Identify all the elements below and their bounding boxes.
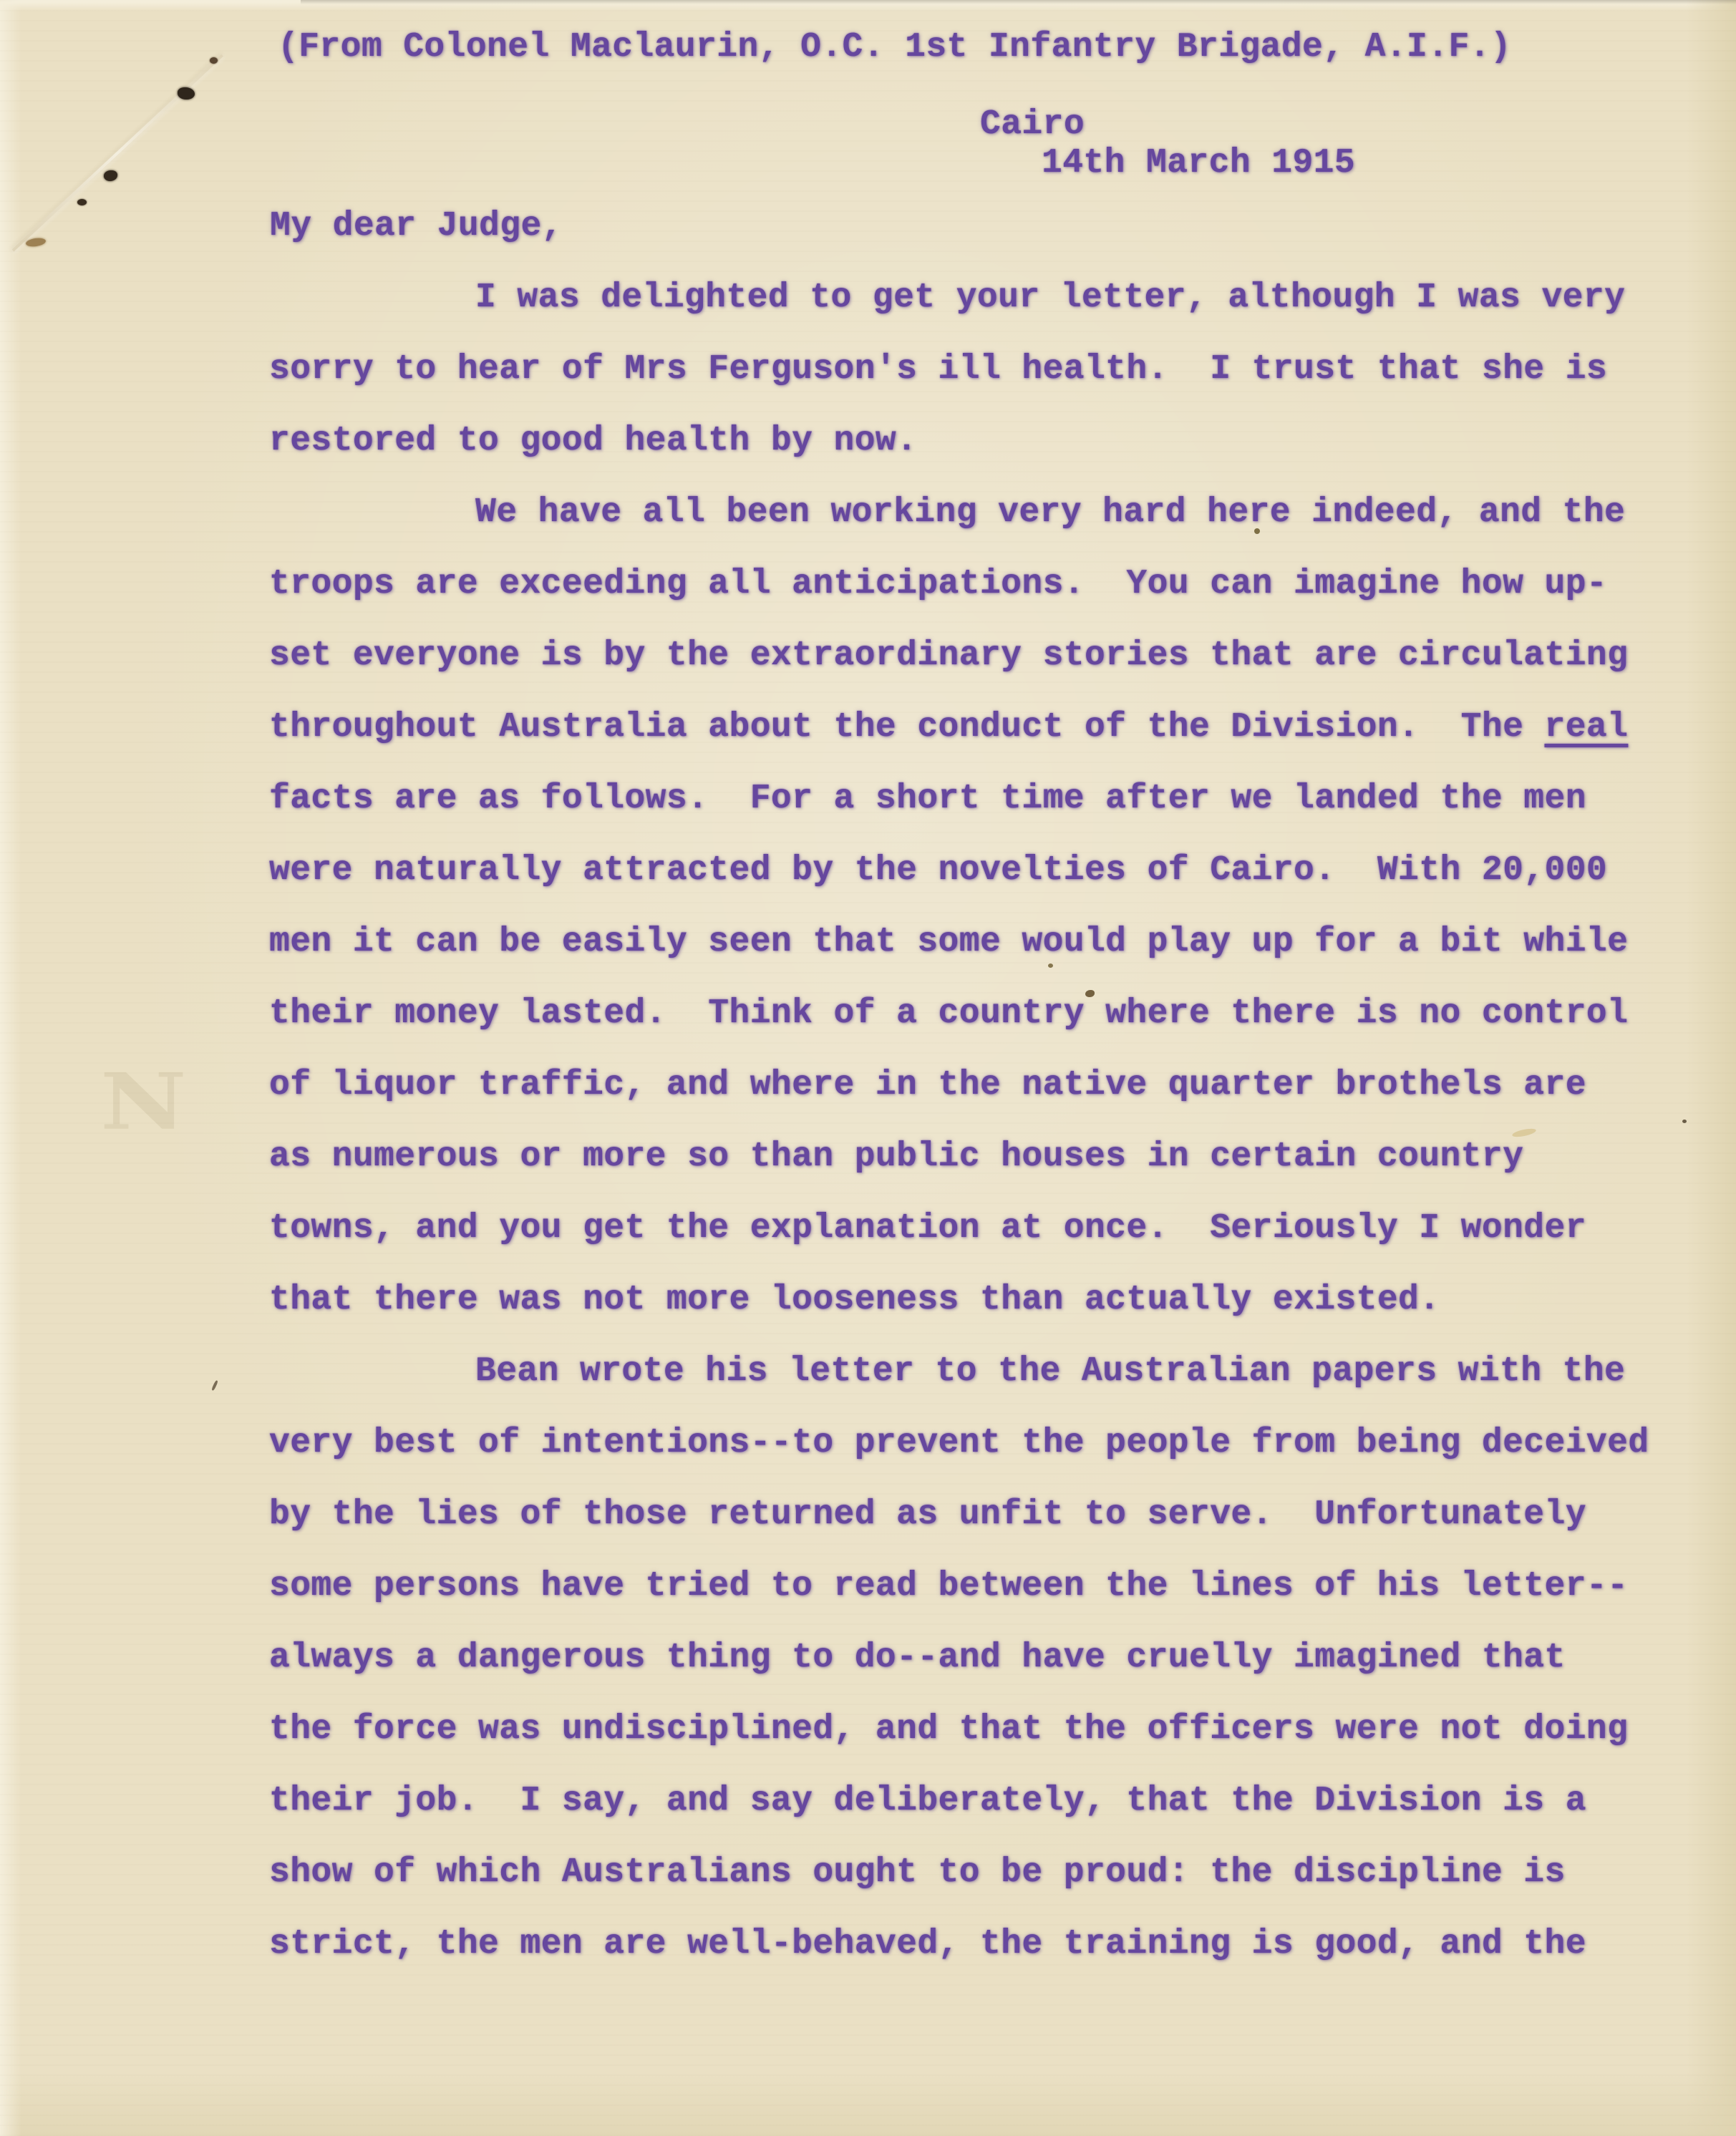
attribution-line: (From Colonel Maclaurin, O.C. 1st Infant… (278, 11, 1511, 83)
body-line: strict, the men are well-behaved, the tr… (269, 1908, 1707, 1980)
date-line: 14th March 1915 (1042, 127, 1355, 199)
paper-speck (178, 87, 195, 99)
paper-speck (210, 57, 218, 64)
body-line: as numerous or more so than public house… (269, 1121, 1707, 1193)
body-line: throughout Australia about the conduct o… (269, 691, 1707, 763)
body-line: We have all been working very hard here … (269, 477, 1707, 548)
body-line: of liquor traffic, and where in the nati… (269, 1049, 1707, 1121)
body-line: their job. I say, and say deliberately, … (269, 1765, 1707, 1837)
body-line: show of which Australians ought to be pr… (269, 1837, 1707, 1908)
body-line: I was delighted to get your letter, alth… (269, 262, 1707, 334)
paper-edge-top (301, 0, 1736, 4)
body-line-text: throughout Australia about the conduct o… (269, 708, 1545, 747)
fold-crease (12, 54, 223, 252)
show-through-letter: N (100, 1057, 187, 1147)
paper-speck (25, 237, 46, 248)
body-line: men it can be easily seen that some woul… (269, 906, 1707, 978)
letter-page: N (From Colonel Maclaurin, O.C. 1st Infa… (0, 0, 1736, 2136)
paper-speck (104, 170, 117, 181)
body-line: their money lasted. Think of a country w… (269, 978, 1707, 1049)
body-line: Bean wrote his letter to the Australian … (269, 1336, 1707, 1407)
body-line: troops are exceeding all anticipations. … (269, 548, 1707, 620)
body-line: were naturally attracted by the noveltie… (269, 835, 1707, 906)
body-line: by the lies of those returned as unfit t… (269, 1479, 1707, 1550)
letter-body: I was delighted to get your letter, alth… (269, 262, 1707, 1980)
body-line: some persons have tried to read between … (269, 1550, 1707, 1622)
body-line: towns, and you get the explanation at on… (269, 1193, 1707, 1264)
body-line: always a dangerous thing to do--and have… (269, 1622, 1707, 1694)
body-line: the force was undisciplined, and that th… (269, 1694, 1707, 1765)
body-line: very best of intentions--to prevent the … (269, 1407, 1707, 1479)
body-line: that there was not more looseness than a… (269, 1264, 1707, 1336)
body-line: sorry to hear of Mrs Ferguson's ill heal… (269, 334, 1707, 405)
body-line: set everyone is by the extraordinary sto… (269, 620, 1707, 691)
underlined-word: real (1545, 708, 1629, 747)
salutation-line: My dear Judge, (270, 190, 563, 262)
paper-speck (77, 199, 87, 205)
paper-speck (211, 1380, 218, 1391)
body-line: facts are as follows. For a short time a… (269, 763, 1707, 835)
body-line: restored to good health by now. (269, 405, 1707, 477)
